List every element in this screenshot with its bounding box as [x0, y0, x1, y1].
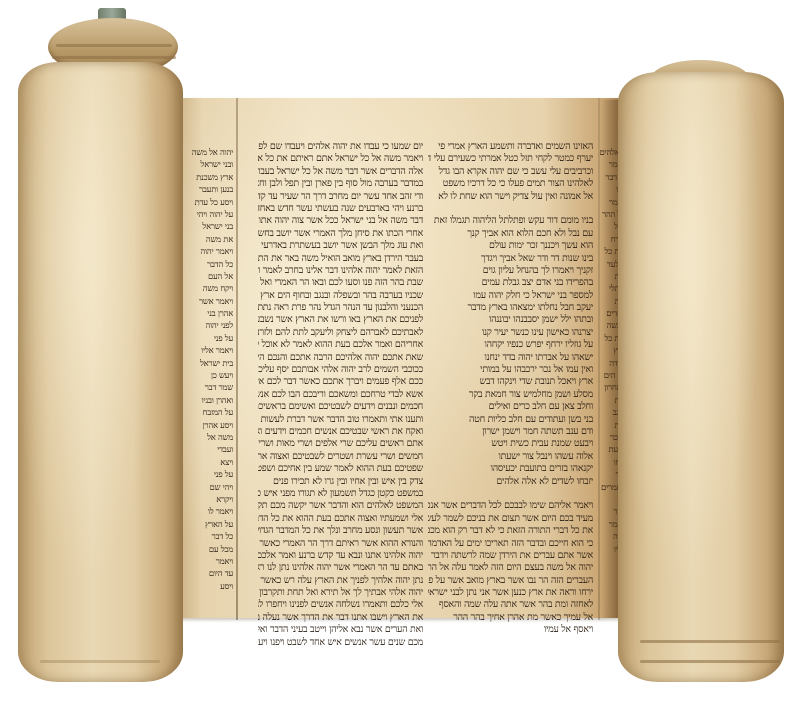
text-line: ויקרא — [178, 495, 233, 507]
text-line: שאת אתכם יהוה אלהיכם הרבה אתכם והנכם היו… — [258, 352, 423, 364]
text-line: אל העם — [178, 272, 233, 284]
text-line: יעקב חבל נחלתו ימצאהו בארץ מדבר — [428, 302, 593, 314]
text-line — [428, 488, 593, 500]
text-line: לפניכם את הארץ באו ורשו את הארץ אשר נשבע… — [258, 314, 423, 326]
text-line: במשפט כקטן כגדל תשמעון לא תגורו מפני איש… — [258, 488, 423, 500]
text-line: אחריהם ואמר אלכם בעת ההוא לאמר לא אוכל ל… — [258, 339, 423, 351]
text-line: ויבעט שמנת עבית כשית ויטש — [428, 438, 593, 450]
text-line: על פני — [178, 334, 233, 346]
text-line: ואהרן ובניו — [178, 396, 233, 408]
text-line: העברים הזה הר נבו אשר בארץ מואב אשר על פ… — [428, 575, 593, 587]
text-line: יהוה אלהי אבתיך לך אל תירא ואל תחת ותקרב… — [258, 587, 423, 599]
text-line: בנען ותעבר — [178, 185, 233, 197]
text-line: בני בשן ועתודים עם חלב כליות חטה — [428, 414, 593, 426]
text-line: אשא לבדי טרחכם ומשאכם וריבכם הבו לכם אנש… — [258, 389, 423, 401]
text-line: בניו מומם דור עקש ופתלתל הליהוה תגמלו זא… — [428, 215, 593, 227]
text-line: יצרנהו כאישון עינו כנשר יעיר קנו — [428, 327, 593, 339]
text-line: על הארץ — [178, 520, 233, 532]
text-line: הכנעני והלבנון עד הנהר הגדל נהר פרת ראה … — [258, 302, 423, 314]
text-line: מכם שנים עשר אנשים איש אחד לשבט ויפנו וי… — [258, 637, 423, 649]
text-line: ויסע אהרן — [178, 421, 233, 433]
text-line: לאבתיכם לאברהם ליצחק וליעקב לתת להם ולזר… — [258, 327, 423, 339]
roller-ring — [40, 660, 160, 663]
text-column-left-partial: יהוה אל משהובני ישראלארץ משכנתבנען ותעבר… — [178, 148, 233, 594]
text-line: חכמים ונבנים וידעים לשבטיכם ואשימם בראשי… — [258, 401, 423, 413]
text-line: הוא עשך ויכננך זכר ימות עולם — [428, 240, 593, 252]
text-line: זקניך ויאמרו לך בהנחל עליון גוים — [428, 265, 593, 277]
text-column-main-right: האזינו השמים ואדברה ותשמע הארץ אמרי פייע… — [428, 141, 593, 637]
text-line: יערף כמטר לקחי תזל כטל אמרתי כשעירם עלי … — [428, 153, 593, 165]
text-line: ירחו וראה את ארץ כנען אשר אני נתן לבני י… — [428, 587, 593, 599]
text-line: כי הוא חייכם ובדבר הזה תאריכו ימים על הא… — [428, 538, 593, 550]
text-line: מסלע ושמן מחלמיש צור חמאת בקר — [428, 389, 593, 401]
text-line: ותענו אתי ותאמרו טוב הדבר אשר דברת לעשות — [258, 414, 423, 426]
text-line: על המזבח — [178, 408, 233, 420]
text-line: אחרי הכתו את סיחן מלך האמרי אשר יושב בחש… — [258, 228, 423, 240]
text-line: אלה הדברים אשר דבר משה אל כל ישראל בעבר … — [258, 166, 423, 178]
text-line: ויאמר יהוה — [178, 247, 233, 259]
text-line: במדבר בערבה מול סוף בין פארן ובין תפל ול… — [258, 178, 423, 190]
text-line: אל עמיך כאשר מת אהרן אחיך בהר ההר — [428, 612, 593, 624]
text-line: ישאהו על אברתו יהוה בדד ינחנו — [428, 352, 593, 364]
text-line: ויאמר אליהם שימו לבבכם לכל הדברים אשר אנ… — [428, 500, 593, 512]
text-line: ואקח את ראשי שבטיכם אנשים חכמים וידעים ו… — [258, 426, 423, 438]
text-line: ארץ משכנת — [178, 173, 233, 185]
text-line: על פני — [178, 470, 233, 482]
torah-scroll-photo: יהוה אל משהובני ישראלארץ משכנתבנען ותעבר… — [0, 0, 800, 702]
text-line: ברנע ויהי בארבעים שנה בעשתי עשר חדש באחד… — [258, 203, 423, 215]
roller-left — [18, 62, 183, 682]
roller-right — [618, 72, 784, 682]
text-line: וכרביבים עלי עשב כי שם יהוה אקרא הבו גדל — [428, 166, 593, 178]
text-line: ויאמר לו — [178, 507, 233, 519]
text-line: על יהוה ויהי — [178, 210, 233, 222]
text-line: על גוזליו ירחף יפרש כנפיו יקחהו — [428, 339, 593, 351]
text-line: בינו שנות דר ודר שאל אביך ויגדך — [428, 253, 593, 265]
text-column-main-left: יום שמעו כי עבדו את יהוה אלהים ויעבדו שם… — [258, 141, 423, 649]
text-line: נתן יהוה אלהיך לפניך את הארץ עלה רש כאשר… — [258, 575, 423, 587]
text-line: את הארץ וישבו אתנו דבר את הדרך אשר נעלה … — [258, 612, 423, 624]
text-line: וחלב צאן עם חלב כרים ואילים — [428, 401, 593, 413]
text-line: המשפט לאלהים הוא והדבר אשר יקשה מכם תקרב… — [258, 500, 423, 512]
text-line: לאחזה ומת בהר אשר אתה עלה שמה והאסף — [428, 599, 593, 611]
text-line: את משה — [178, 235, 233, 247]
text-line: אשר תעשון ונסע מחרב ונלך את כל המדבר הגד… — [258, 525, 423, 537]
parchment-seam-left — [236, 98, 238, 620]
text-line: האזינו השמים ואדברה ותשמע הארץ אמרי פי — [428, 141, 593, 153]
text-line: בעבר הירדן בארץ מואב הואיל משה באר את הת… — [258, 253, 423, 265]
text-line: והנורא ההוא אשר ראיתם דרך הר האמרי כאשר … — [258, 538, 423, 550]
text-line: דבר משה אל בני ישראל ככל אשר צוה יהוה את… — [258, 215, 423, 227]
text-line: ובני ישראל — [178, 160, 233, 172]
text-line: כל דבר — [178, 532, 233, 544]
text-line: בית ישראל — [178, 359, 233, 371]
text-line: ככם אלף פעמים ויברך אתכם כאשר דבר לכם אי… — [258, 376, 423, 388]
text-line: בהפרידו בני אדם יצב גבלת עמים — [428, 277, 593, 289]
text-line: ובתהו ילל ישמן יסבבנהו יבוננהו — [428, 314, 593, 326]
text-line: משה אל — [178, 433, 233, 445]
text-line: ואת עוג מלך הבשן אשר יושב בעשתרת באדרעי — [258, 240, 423, 252]
text-line: ויאמר אליו — [178, 346, 233, 358]
roller-ring — [640, 660, 780, 663]
text-line: עד היום — [178, 569, 233, 581]
text-line: יהוה אלהינו אתנו ונבא עד קדש ברנע ואמר א… — [258, 550, 423, 562]
roller-ring — [52, 56, 176, 59]
text-line: ואת הערים אשר נבא אליהן וייטב בעיני הדבר… — [258, 624, 423, 636]
text-line: אלי כלכם ותאמרו נשלחה אנשים לפנינו ויחפר… — [258, 599, 423, 611]
text-line: שפטיכם בעת ההוא לאמר שמע בין אחיכם ושפטת… — [258, 463, 423, 475]
text-line: הזאת לאמר יהוה אלהינו דבר אלינו בחרב לאמ… — [258, 265, 423, 277]
text-line: יום שמעו כי עבדו את יהוה אלהים ויעבדו שם… — [258, 141, 423, 153]
text-line: למספר בני ישראל כי חלק יהוה עמו — [428, 290, 593, 302]
text-line: אשר אתם עברים את הירדן שמה לרשתה וידבר — [428, 550, 593, 562]
text-line: שכניו בערבה בהר ובשפלה ובנגב ובחוף הים א… — [258, 290, 423, 302]
text-line: יהוה אל משה — [178, 148, 233, 160]
text-line: אלי ושמעתיו ואצוה אתכם בעת ההוא את כל הד… — [258, 513, 423, 525]
text-line: חמשים ושרי עשרת ושטרים לשבטיכם ואצוה את — [258, 451, 423, 463]
text-line: מעיד בכם היום אשר תצום את בניכם לשמר לעש… — [428, 513, 593, 525]
text-line: שבת בהר הזה פנו וסעו לכם ובאו הר האמרי ו… — [258, 277, 423, 289]
text-line: ודם ענב תשתה חמר וישמן ישרון — [428, 426, 593, 438]
text-line: אהרן בני — [178, 309, 233, 321]
text-line: מכל עם — [178, 545, 233, 557]
text-line: עם נבל ולא חכם הלוא הוא אביך קנך — [428, 228, 593, 240]
text-line: ודי זהב אחד עשר יום מחרב דרך הר שעיר עד … — [258, 191, 423, 203]
text-line: שמר דבר — [178, 383, 233, 395]
text-line: אלוה עשהו וינבל צור ישעתו — [428, 451, 593, 463]
text-line: צדק בין איש ובין אחיו ובין גרו לא תכירו … — [258, 476, 423, 488]
text-line: את כל דברי התורה הזאת כי לא דבר רק הוא מ… — [428, 525, 593, 537]
text-line: ויסע — [178, 582, 233, 594]
text-line: ויעש כן — [178, 371, 233, 383]
text-line: בני ישראל — [178, 222, 233, 234]
text-line: יקנאהו בזרים בתועבת יכעיסהו — [428, 463, 593, 475]
text-line: ויאמר אשר — [178, 297, 233, 309]
text-line: ואין עמו אל נכר ירכבהו על במותי — [428, 364, 593, 376]
text-line: ויהי שם — [178, 483, 233, 495]
text-line: אתם ראשים עליכם שרי אלפים ושרי מאות ושרי — [258, 438, 423, 450]
text-line: לאלהינו הצור תמים פעלו כי כל דרכיו משפט — [428, 178, 593, 190]
text-line: ויאסף אל עמיו — [428, 624, 593, 636]
text-line: כל הדבר — [178, 260, 233, 272]
text-line: ככוכבי השמים לרב יהוה אלהי אבותכם יסף על… — [258, 364, 423, 376]
text-line: ועבדי — [178, 445, 233, 457]
text-line: ויצא — [178, 458, 233, 470]
text-line: ויקח משה — [178, 284, 233, 296]
text-line — [428, 203, 593, 215]
text-line: ויאמר משה אל כל ישראל אתם ראיתם את כל אש… — [258, 153, 423, 165]
roller-ring — [56, 44, 172, 47]
roller-ring — [640, 640, 780, 643]
text-line: באתם עד הר האמרי אשר יהוה אלהינו נתן לנו… — [258, 562, 423, 574]
text-line: יזבחו לשדים לא אלה אלהים — [428, 476, 593, 488]
text-line: יהוה אל משה בעצם היום הזה לאמר עלה אל הר — [428, 562, 593, 574]
text-line: ויסע כל עדת — [178, 198, 233, 210]
text-line: ארץ ויאכל תנובת שדי וינקהו דבש — [428, 376, 593, 388]
text-line: לפני יהוה — [178, 321, 233, 333]
text-line: ויאמר — [178, 557, 233, 569]
text-line: אל אמונה ואין עול צדיק וישר הוא שחת לו ל… — [428, 191, 593, 203]
